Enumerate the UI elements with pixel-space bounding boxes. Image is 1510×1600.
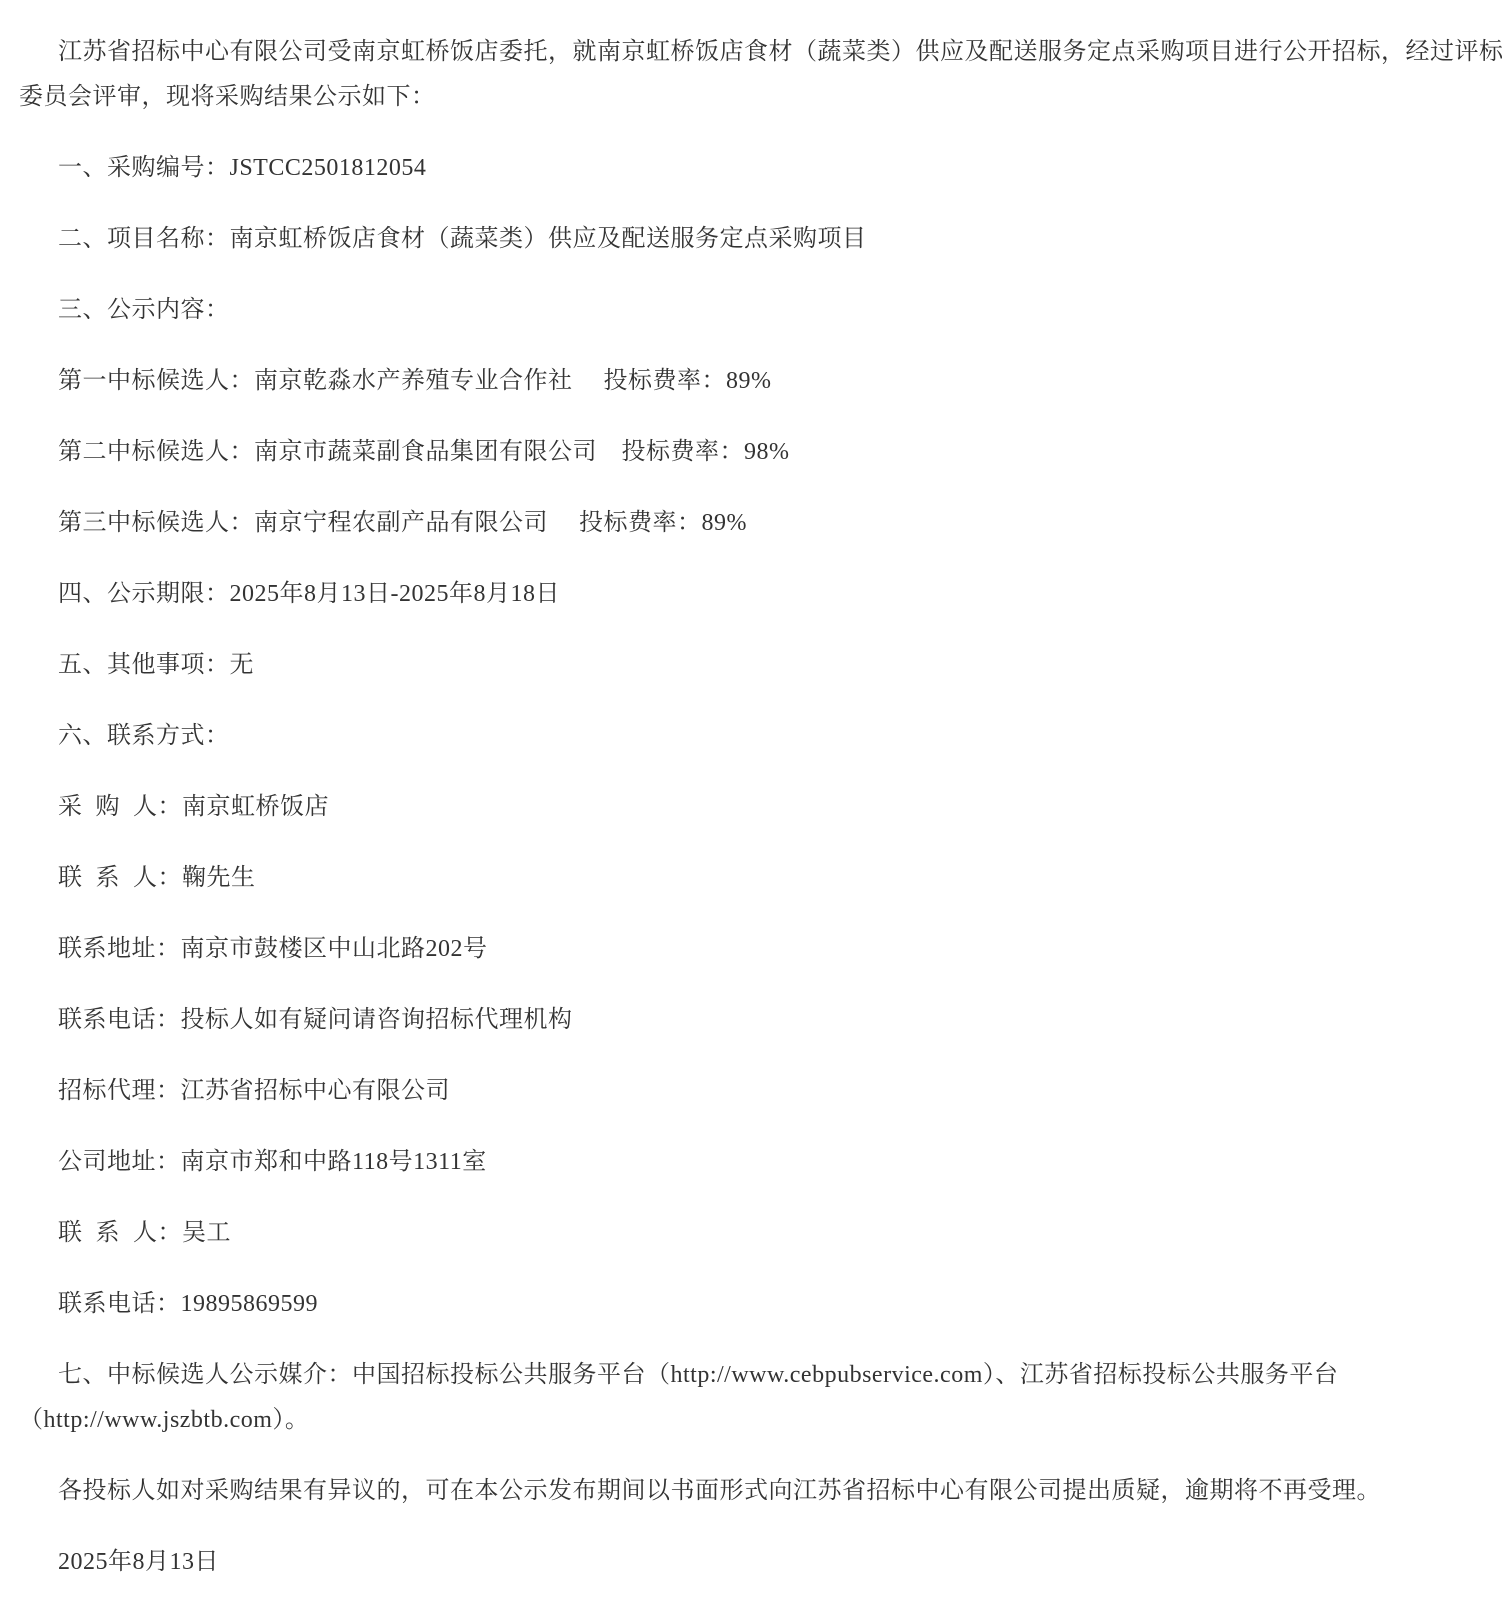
publicity-period: 四、公示期限：2025年8月13日-2025年8月18日 (19, 572, 1505, 617)
candidate-1: 第一中标候选人：南京乾淼水产养殖专业合作社 投标费率：89% (19, 359, 1505, 404)
agent-contact-person: 联 系 人：吴工 (19, 1211, 1505, 1256)
purchaser-contact-person: 联 系 人：鞠先生 (19, 856, 1505, 901)
notice-document: 江苏省招标中心有限公司受南京虹桥饭店委托，就南京虹桥饭店食材（蔬菜类）供应及配送… (0, 0, 1510, 1600)
agent-company-address: 公司地址：南京市郑和中路118号1311室 (19, 1140, 1505, 1185)
candidate-3: 第三中标候选人：南京宁程农副产品有限公司 投标费率：89% (19, 501, 1505, 546)
contact-heading: 六、联系方式： (19, 714, 1505, 759)
tender-agent: 招标代理：江苏省招标中心有限公司 (19, 1069, 1505, 1114)
notice-date: 2025年8月13日 (19, 1540, 1505, 1585)
other-matters: 五、其他事项：无 (19, 643, 1505, 688)
purchaser-contact-phone: 联系电话：投标人如有疑问请咨询招标代理机构 (19, 998, 1505, 1043)
project-name: 二、项目名称：南京虹桥饭店食材（蔬菜类）供应及配送服务定点采购项目 (19, 217, 1505, 262)
candidate-2: 第二中标候选人：南京市蔬菜副食品集团有限公司 投标费率：98% (19, 430, 1505, 475)
agent-contact-phone: 联系电话：19895869599 (19, 1282, 1505, 1327)
objection-note: 各投标人如对采购结果有异议的，可在本公示发布期间以书面形式向江苏省招标中心有限公… (19, 1469, 1505, 1514)
purchaser-contact-address: 联系地址：南京市鼓楼区中山北路202号 (19, 927, 1505, 972)
publicity-media: 七、中标候选人公示媒介：中国招标投标公共服务平台（http://www.cebp… (19, 1353, 1505, 1443)
publicity-content-heading: 三、公示内容： (19, 288, 1505, 333)
purchaser: 采 购 人：南京虹桥饭店 (19, 785, 1505, 830)
page: { "page": { "background_color": "#ffffff… (0, 0, 1510, 1600)
procurement-number: 一、采购编号：JSTCC2501812054 (19, 146, 1505, 191)
paragraph-intro: 江苏省招标中心有限公司受南京虹桥饭店委托，就南京虹桥饭店食材（蔬菜类）供应及配送… (19, 30, 1505, 120)
